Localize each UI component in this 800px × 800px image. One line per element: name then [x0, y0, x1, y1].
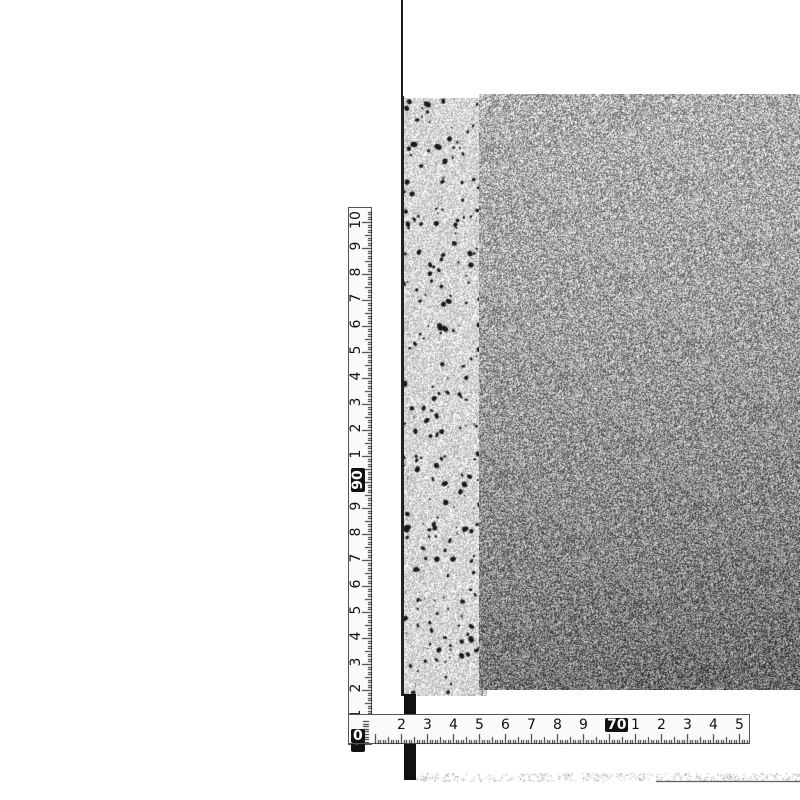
- horizontal-ruler: 0234567897012345: [348, 714, 750, 744]
- textile-sample: [403, 94, 800, 696]
- ruler-label: 6: [349, 574, 363, 594]
- scan-noise-strip: [416, 768, 800, 780]
- ruler-label: 10: [349, 210, 363, 230]
- ruler-label: 3: [683, 718, 692, 732]
- ruler-label: 7: [527, 718, 536, 732]
- ruler-label: 1: [631, 718, 640, 732]
- ruler-label: 8: [349, 522, 363, 542]
- sample-left-edge: [401, 96, 404, 696]
- ruler-label: 3: [349, 652, 363, 672]
- ruler-label: 1: [349, 444, 363, 464]
- ruler-label: 9: [349, 496, 363, 516]
- fabric-field: [479, 94, 800, 690]
- ruler-label: 7: [349, 548, 363, 568]
- ruler-label: 3: [349, 392, 363, 412]
- ruler-label: 4: [349, 626, 363, 646]
- ruler-label: 9: [579, 718, 588, 732]
- ruler-label: 5: [349, 340, 363, 360]
- ruler-label: 8: [553, 718, 562, 732]
- top-edge-line: [401, 0, 403, 100]
- ruler-label: 2: [349, 418, 363, 438]
- ruler-label: 4: [349, 366, 363, 386]
- ruler-label: 4: [449, 718, 458, 732]
- ruler-label: 5: [735, 718, 744, 732]
- ruler-label: 4: [709, 718, 718, 732]
- ruler-label: 2: [349, 678, 363, 698]
- ruler-label: 8: [349, 262, 363, 282]
- ruler-label: 70: [605, 718, 628, 732]
- ruler-label: 6: [349, 314, 363, 334]
- ruler-label: 5: [475, 718, 484, 732]
- ruler-label: 0: [351, 729, 365, 743]
- selvedge-strip: [403, 98, 487, 696]
- ruler-label: 90: [351, 468, 365, 492]
- vertical-ruler: 10987654321909876543210: [348, 207, 372, 745]
- ruler-label: 9: [349, 236, 363, 256]
- ruler-label: 3: [423, 718, 432, 732]
- ruler-label: 7: [349, 288, 363, 308]
- ruler-label: 2: [657, 718, 666, 732]
- ruler-label: 2: [397, 718, 406, 732]
- ruler-label: 5: [349, 600, 363, 620]
- ruler-label: 6: [501, 718, 510, 732]
